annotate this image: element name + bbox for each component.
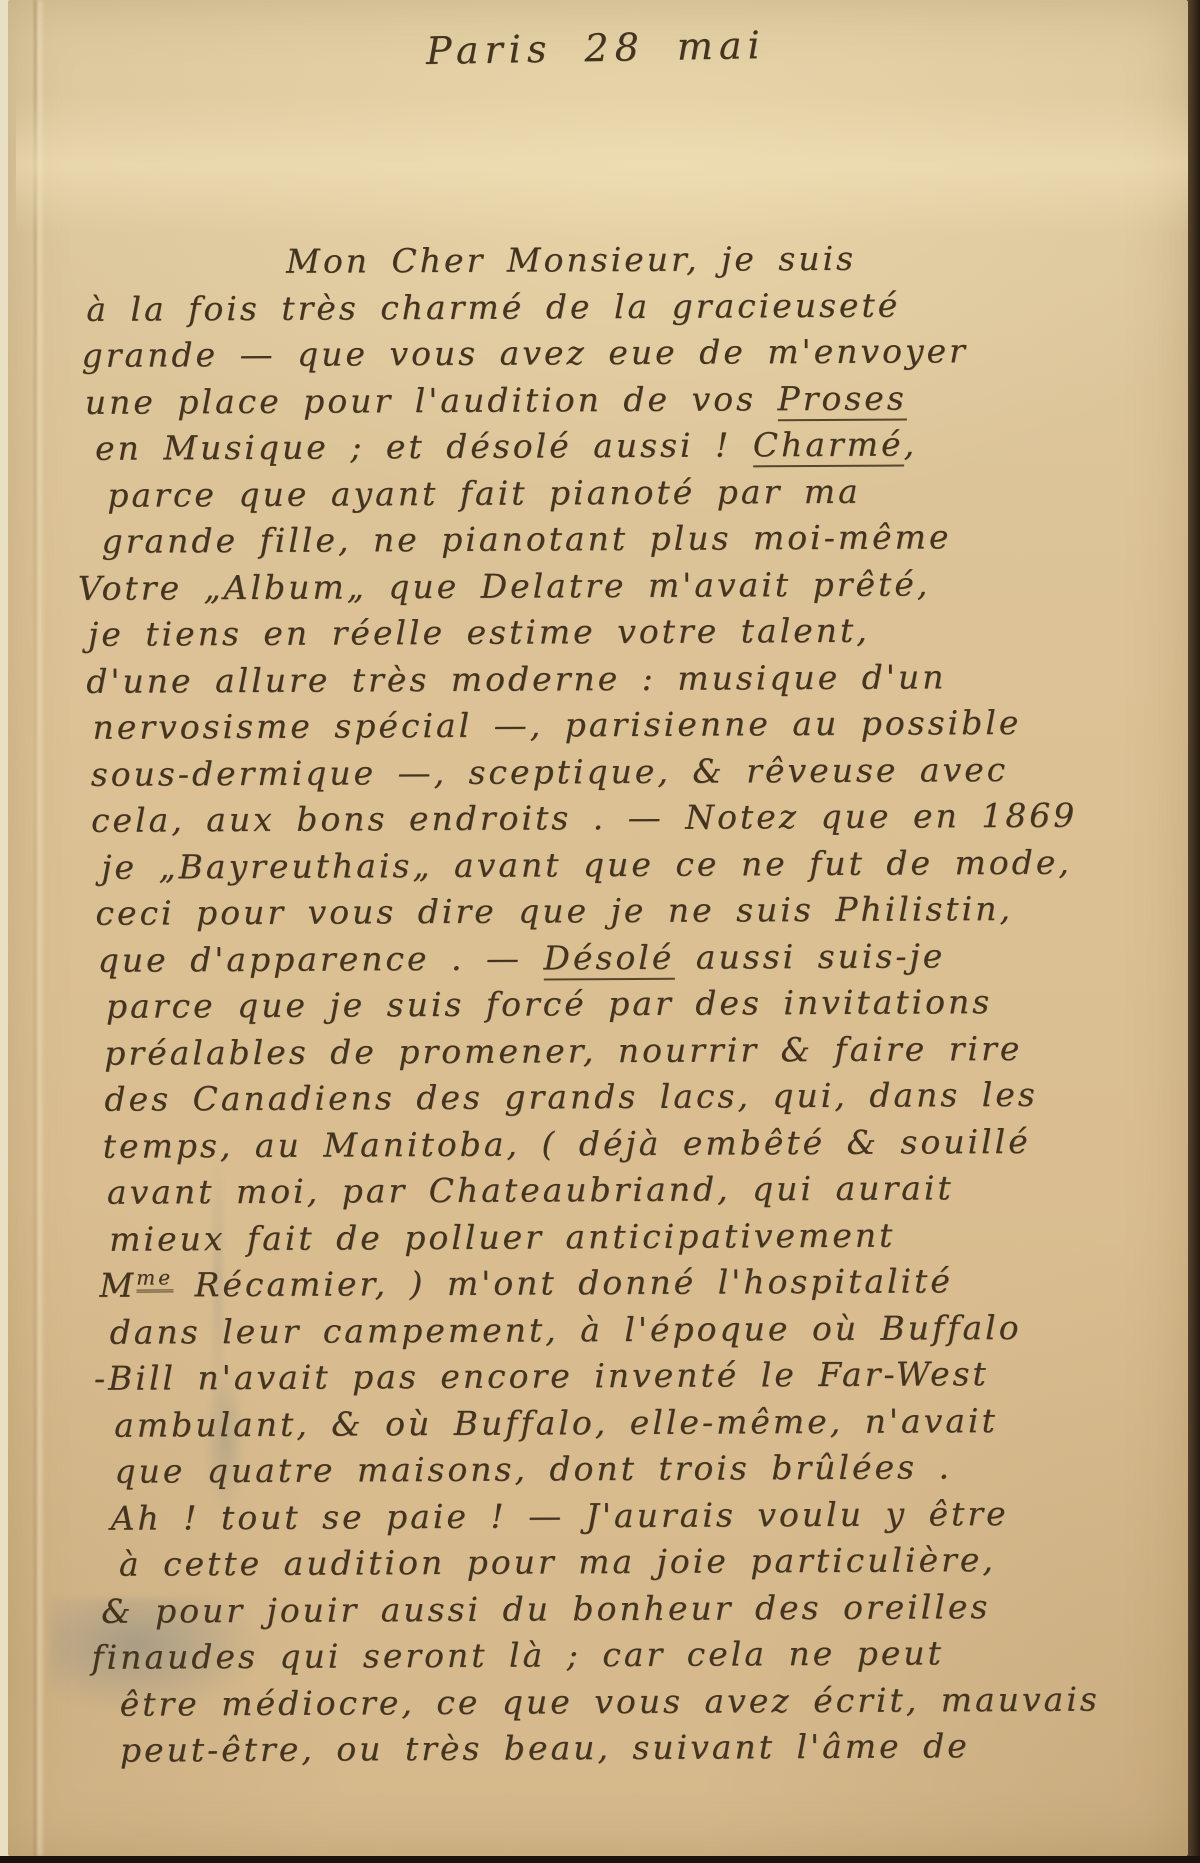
- letter-text-segment: en Musique ; et désolé aussi !: [95, 425, 753, 467]
- letter-text-segment: -Bill n'avait pas encore inventé le Far-…: [94, 1354, 989, 1398]
- letter-line: sous-dermique —, sceptique, & rêveuse av…: [79, 749, 1179, 801]
- letter-text-segment: grande fille, ne pianotant plus moi-même: [101, 517, 951, 560]
- letter-line: nervosisme spécial —, parisienne au poss…: [78, 702, 1178, 754]
- letter-line: Mme Récamier, ) m'ont donné l'hospitalit…: [81, 1260, 1181, 1312]
- letter-text-segment: à cette audition pour ma joie particuliè…: [119, 1540, 996, 1584]
- letter-line: & pour jouir aussi du bonheur des oreill…: [83, 1586, 1183, 1638]
- letter-line: je tiens en réelle estime votre talent,: [78, 609, 1178, 661]
- letter-line: à la fois très charmé de la gracieuseté: [76, 284, 1176, 336]
- letter-line: d'une allure très moderne : musique d'un: [78, 656, 1178, 708]
- letter-text-segment: aussi suis-je: [674, 936, 945, 976]
- letter-text-segment: ambulant, & où Buffalo, elle-même, n'ava…: [114, 1401, 998, 1445]
- letter-line: je „Bayreuthais„ avant que ce ne fut de …: [79, 842, 1179, 894]
- letter-line: que quatre maisons, dont trois brûlées .: [82, 1446, 1182, 1498]
- letter-text-segment: à la fois très charmé de la gracieuseté: [86, 285, 900, 328]
- letter-text-segment: que d'apparence . —: [98, 938, 544, 979]
- fold-crease-left-highlight: [37, 0, 42, 1856]
- letter-line: à cette audition pour ma joie particuliè…: [83, 1539, 1183, 1591]
- letter-line: parce que je suis forcé par des invitati…: [80, 981, 1180, 1033]
- letter-line: cela, aux bons endroits . — Notez que en…: [79, 795, 1179, 847]
- letter-body: Mon Cher Monsieur, je suisà la fois très…: [76, 237, 1184, 1777]
- letter-text-segment: parce que ayant fait pianoté par ma: [107, 471, 861, 514]
- letter-text-segment: d'une allure très moderne : musique d'un: [86, 657, 946, 701]
- letter-line: ceci pour vous dire que je ne suis Phili…: [79, 888, 1179, 940]
- scan-edge-right: [1188, 0, 1200, 1863]
- letter-line: être médiocre, ce que vous avez écrit, m…: [84, 1679, 1184, 1731]
- letter-text-segment: sous-dermique —, sceptique, & rêveuse av…: [91, 750, 1009, 794]
- letter-line: parce que ayant fait pianoté par ma: [77, 470, 1177, 522]
- letter-text-segment: que quatre maisons, dont trois brûlées .: [114, 1447, 952, 1490]
- letter-text-segment: des Canadiens des grands lacs, qui, dans…: [104, 1075, 1038, 1119]
- letter-text-segment: temps, au Manitoba, ( déjà embêté & soui…: [103, 1121, 1031, 1165]
- letter-text-segment: cela, aux bons endroits . — Notez que en…: [91, 796, 1077, 840]
- letter-text-segment: avant moi, par Chateaubriand, qui aurait: [107, 1168, 954, 1211]
- letter-text-segment: Ah ! tout se paie ! — J'aurais voulu y ê…: [111, 1494, 1009, 1538]
- letter-text-segment: peut-être, ou très beau, suivant l'âme d…: [120, 1726, 970, 1769]
- letter-text-segment: Récamier, ) m'ont donné l'hospitalité: [173, 1261, 953, 1304]
- letter-text-segment: ,: [903, 424, 917, 463]
- letter-line: finaudes qui seront là ; car cela ne peu…: [83, 1632, 1183, 1684]
- letter-text-segment: être médiocre, ce que vous avez écrit, m…: [120, 1679, 1100, 1723]
- letter-line: grande — que vous avez eue de m'envoyer: [76, 330, 1176, 382]
- letter-line: Mon Cher Monsieur, je suis: [76, 237, 1176, 289]
- letter-line: des Canadiens des grands lacs, qui, dans…: [80, 1074, 1180, 1126]
- letter-line: -Bill n'avait pas encore inventé le Far-…: [82, 1353, 1182, 1405]
- letter-text-segment: M: [99, 1266, 136, 1305]
- scan-edge-bottom: [0, 1856, 1200, 1863]
- letter-line: mieux fait de polluer anticipativement: [81, 1214, 1181, 1266]
- paper-light-band: [16, 95, 1196, 235]
- letter-text-segment: parce que je suis forcé par des invitati…: [106, 982, 992, 1026]
- underlined-word: Charmé: [753, 425, 904, 468]
- letter-text-segment: ceci pour vous dire que je ne suis Phili…: [95, 889, 1013, 933]
- letter-text-segment: Votre „Album„ que Delatre m'avait prêté,: [78, 564, 931, 607]
- letter-text-segment: préalables de promener, nourrir & faire …: [104, 1028, 1022, 1072]
- letter-text-segment: nervosisme spécial —, parisienne au poss…: [92, 703, 1021, 747]
- letter-line: Votre „Album„ que Delatre m'avait prêté,: [78, 563, 1178, 615]
- letter-line: préalables de promener, nourrir & faire …: [80, 1028, 1180, 1080]
- letter-line: dans leur campement, à l'époque où Buffa…: [82, 1307, 1182, 1359]
- letter-text-segment: me: [136, 1265, 173, 1292]
- letter-text-segment: dans leur campement, à l'époque où Buffa…: [110, 1307, 1022, 1351]
- letter-line: ambulant, & où Buffalo, elle-même, n'ava…: [82, 1400, 1182, 1452]
- letter-line: que d'apparence . — Désolé aussi suis-je: [80, 935, 1180, 987]
- letter-line: grande fille, ne pianotant plus moi-même: [77, 516, 1177, 568]
- letter-line: une place pour l'audition de vos Proses: [77, 377, 1177, 429]
- letter-line: temps, au Manitoba, ( déjà embêté & soui…: [81, 1121, 1181, 1173]
- letter-text-segment: & pour jouir aussi du bonheur des oreill…: [101, 1587, 990, 1631]
- scanned-letter-page: { "letter": { "dateline": "Paris 28 mai"…: [0, 0, 1200, 1863]
- underlined-word: Proses: [777, 378, 906, 421]
- letter-text-segment: grande — que vous avez eue de m'envoyer: [81, 331, 968, 375]
- letter-text-segment: mieux fait de polluer anticipativement: [109, 1215, 895, 1258]
- letter-line: peut-être, ou très beau, suivant l'âme d…: [84, 1725, 1184, 1777]
- letter-text-segment: une place pour l'audition de vos: [85, 379, 778, 422]
- letter-text-segment: Mon Cher Monsieur, je suis: [286, 239, 856, 281]
- letter-paper: Paris 28 mai Mon Cher Monsieur, je suisà…: [8, 0, 1188, 1856]
- letter-text-segment: finaudes qui seront là ; car cela ne peu…: [91, 1633, 944, 1676]
- letter-text-segment: je tiens en réelle estime votre talent,: [88, 611, 870, 654]
- letter-dateline: Paris 28 mai: [426, 23, 766, 73]
- letter-line: avant moi, par Chateaubriand, qui aurait: [81, 1167, 1181, 1219]
- letter-line: Ah ! tout se paie ! — J'aurais voulu y ê…: [83, 1493, 1183, 1545]
- underlined-word: Désolé: [543, 937, 674, 980]
- letter-line: en Musique ; et désolé aussi ! Charmé,: [77, 423, 1177, 475]
- letter-text-segment: je „Bayreuthais„ avant que ce ne fut de …: [101, 842, 1072, 886]
